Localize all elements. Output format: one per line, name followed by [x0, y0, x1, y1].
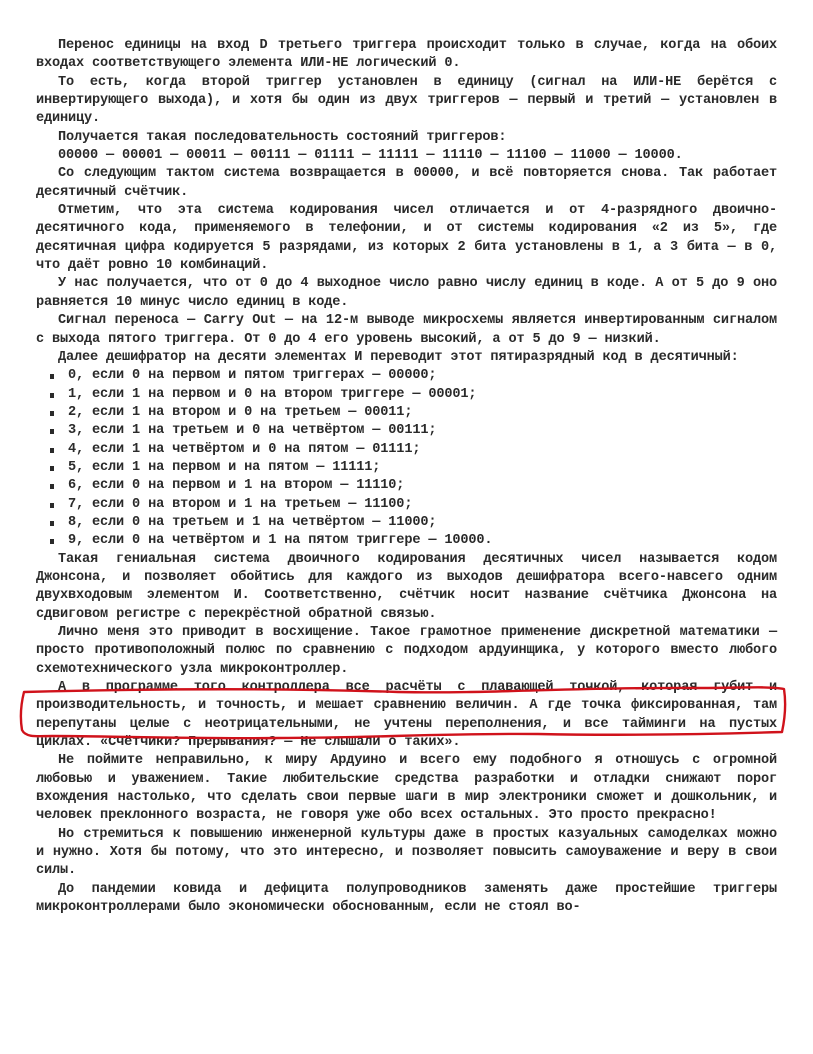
paragraph-arduino-code: А в программе того контроллера все расчё… — [36, 679, 777, 752]
paragraph-ones-count: У нас получается, что от 0 до 4 выходное… — [36, 275, 777, 312]
list-item: 5, если 1 на первом и на пятом — 11111; — [46, 459, 777, 477]
bullet-icon — [50, 448, 54, 453]
document-page: Перенос единицы на вход D третьего тригг… — [36, 37, 777, 918]
bullet-icon — [50, 484, 54, 489]
bullet-icon — [50, 429, 54, 434]
bullet-icon — [50, 393, 54, 398]
paragraph-sequence: 00000 — 00001 — 00011 — 00111 — 01111 — … — [36, 147, 777, 165]
list-item: 4, если 1 на четвёртом и 0 на пятом — 01… — [46, 441, 777, 459]
bullet-icon — [50, 411, 54, 416]
list-item: 7, если 0 на втором и 1 на третьем — 111… — [46, 496, 777, 514]
list-item: 8, если 0 на третьем и 1 на четвёртом — … — [46, 514, 777, 532]
bullet-icon — [50, 521, 54, 526]
paragraph-carry-out: Сигнал переноса — Carry Out — на 12-м вы… — [36, 312, 777, 349]
bullet-icon — [50, 466, 54, 471]
paragraph-johnson-code: Такая гениальная система двоичного кодир… — [36, 551, 777, 624]
paragraph-encoding-compare: Отметим, что эта система кодирования чис… — [36, 202, 777, 275]
paragraph-condition: То есть, когда второй триггер установлен… — [36, 74, 777, 129]
paragraph-decoder-intro: Далее дешифратор на десяти элементах И п… — [36, 349, 777, 367]
highlighted-paragraph: Лично меня это приводит в восхищение. Та… — [36, 624, 777, 679]
paragraph-pandemic: До пандемии ковида и дефицита полупровод… — [36, 881, 777, 918]
list-item: 0, если 0 на первом и пятом триггерах — … — [46, 367, 777, 385]
paragraph-cycle: Со следующим тактом система возвращается… — [36, 165, 777, 202]
paragraph-carry: Перенос единицы на вход D третьего тригг… — [36, 37, 777, 74]
list-item: 9, если 0 на четвёртом и 1 на пятом триг… — [46, 532, 777, 550]
decoder-list: 0, если 0 на первом и пятом триггерах — … — [36, 367, 777, 550]
bullet-icon — [50, 503, 54, 508]
list-item: 1, если 1 на первом и 0 на втором тригге… — [46, 386, 777, 404]
paragraph-arduino-love: Не поймите неправильно, к миру Ардуино и… — [36, 752, 777, 825]
list-item: 6, если 0 на первом и 1 на втором — 1111… — [46, 477, 777, 495]
paragraph-sequence-intro: Получается такая последовательность сост… — [36, 129, 777, 147]
bullet-icon — [50, 539, 54, 544]
paragraph-engineering-culture: Но стремиться к повышению инженерной кул… — [36, 826, 777, 881]
list-item: 3, если 1 на третьем и 0 на четвёртом — … — [46, 422, 777, 440]
bullet-icon — [50, 374, 54, 379]
list-item: 2, если 1 на втором и 0 на третьем — 000… — [46, 404, 777, 422]
